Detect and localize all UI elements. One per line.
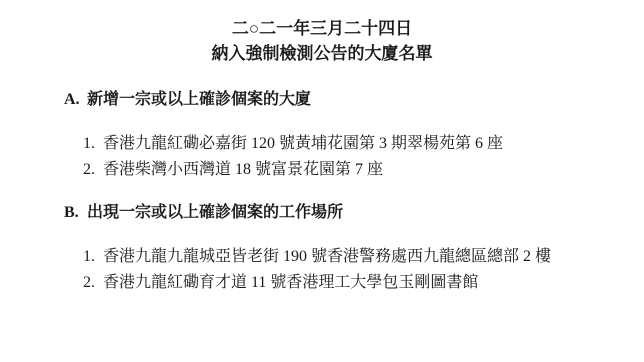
title-main-line: 納入強制檢測公告的大廈名單 (0, 41, 644, 66)
list-item-number: 2. (83, 270, 103, 296)
section-b-heading-text: 出現一宗或以上確診個案的工作場所 (87, 204, 343, 221)
section-b: B.出現一宗或以上確診個案的工作場所 1.香港九龍九龍城亞皆老街 190 號香港… (64, 203, 604, 296)
section-b-label: B. (64, 203, 87, 223)
list-item: 2.香港九龍紅磡育才道 11 號香港理工大學包玉剛圖書館 (64, 270, 604, 296)
list-item-number: 2. (83, 157, 103, 183)
section-a-heading-text: 新增一宗或以上確診個案的大廈 (87, 91, 311, 108)
list-item: 1.香港九龍九龍城亞皆老街 190 號香港警務處西九龍總區總部 2 樓 (64, 244, 604, 270)
section-b-list: 1.香港九龍九龍城亞皆老街 190 號香港警務處西九龍總區總部 2 樓 2.香港… (64, 244, 604, 296)
list-item-number: 1. (83, 131, 103, 157)
list-item-text: 香港九龍紅磡必嘉街 120 號黃埔花園第 3 期翠楊苑第 6 座 (103, 135, 503, 152)
title-date-line: 二○二一年三月二十四日 (0, 16, 644, 41)
document-title: 二○二一年三月二十四日 納入強制檢測公告的大廈名單 (0, 16, 644, 66)
list-item: 2.香港柴灣小西灣道 18 號富景花園第 7 座 (64, 157, 604, 183)
section-a-label: A. (64, 90, 87, 110)
section-b-heading: B.出現一宗或以上確診個案的工作場所 (64, 203, 604, 223)
list-item-text: 香港九龍九龍城亞皆老街 190 號香港警務處西九龍總區總部 2 樓 (103, 248, 551, 265)
list-item-text: 香港柴灣小西灣道 18 號富景花園第 7 座 (103, 161, 383, 178)
list-item-number: 1. (83, 244, 103, 270)
section-a-list: 1.香港九龍紅磡必嘉街 120 號黃埔花園第 3 期翠楊苑第 6 座 2.香港柴… (64, 131, 604, 183)
list-item-text: 香港九龍紅磡育才道 11 號香港理工大學包玉剛圖書館 (103, 274, 478, 291)
list-item: 1.香港九龍紅磡必嘉街 120 號黃埔花園第 3 期翠楊苑第 6 座 (64, 131, 604, 157)
section-a: A.新增一宗或以上確診個案的大廈 1.香港九龍紅磡必嘉街 120 號黃埔花園第 … (64, 90, 604, 183)
document-page: 二○二一年三月二十四日 納入強制檢測公告的大廈名單 A.新增一宗或以上確診個案的… (0, 0, 644, 362)
section-a-heading: A.新增一宗或以上確診個案的大廈 (64, 90, 604, 110)
